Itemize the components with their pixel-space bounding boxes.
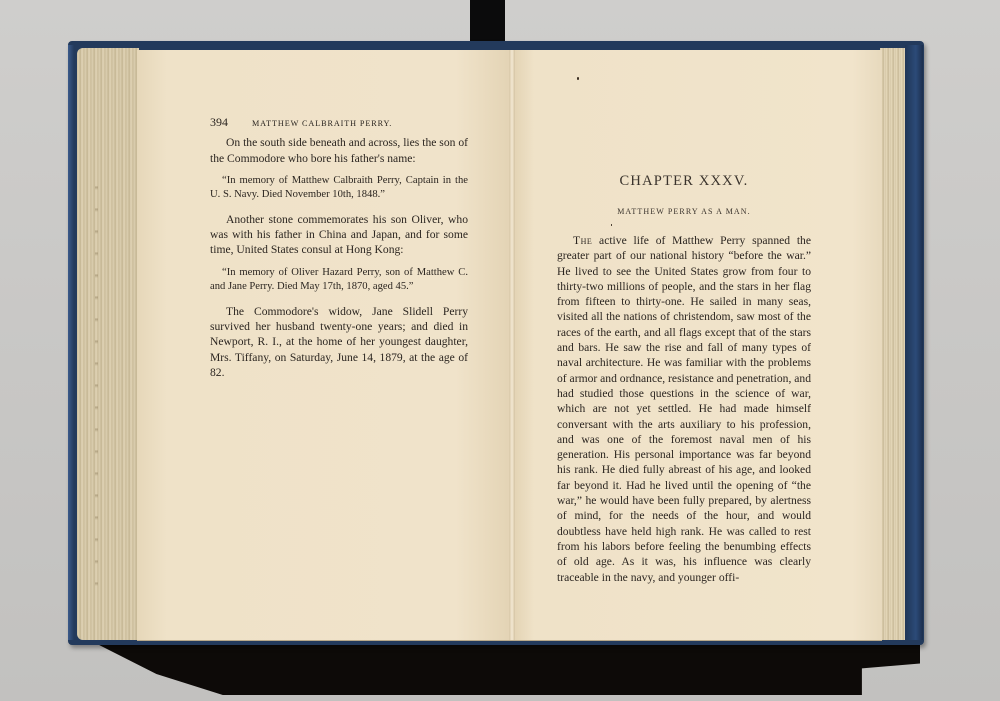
page-number: 394 [210, 115, 252, 130]
lead-word: The [573, 234, 592, 247]
body-text: active life of Matthew Perry spanned the… [557, 234, 811, 584]
left-page-text: 394 MATTHEW CALBRAITH PERRY. On the sout… [210, 115, 468, 388]
book-gutter [509, 50, 515, 640]
paragraph: The Commodore's widow, Jane Slidell Perr… [210, 304, 468, 380]
paragraph: On the south side beneath and across, li… [210, 135, 468, 166]
left-page-stack [77, 48, 139, 640]
paper-speck [611, 224, 612, 226]
chapter-subtitle: MATTHEW PERRY AS A MAN. [557, 207, 811, 216]
running-head: 394 MATTHEW CALBRAITH PERRY. [210, 115, 468, 131]
paper-speck [577, 77, 579, 80]
paragraph: Another stone commemorates his son Olive… [210, 212, 468, 258]
cover-left-edge [68, 45, 74, 640]
right-page-stack [880, 48, 905, 640]
cover-right-edge [905, 45, 923, 640]
running-title: MATTHEW CALBRAITH PERRY. [252, 116, 392, 131]
right-page-text: The active life of Matthew Perry spanned… [557, 233, 811, 585]
epitaph-quote: “In memory of Matthew Calbraith Perry, C… [210, 174, 468, 202]
chapter-title: CHAPTER XXXV. [557, 173, 811, 190]
chapter-body: The active life of Matthew Perry spanned… [557, 233, 811, 585]
bookmark-ribbon [470, 0, 505, 46]
epitaph-quote: “In memory of Oliver Hazard Perry, son o… [210, 266, 468, 294]
